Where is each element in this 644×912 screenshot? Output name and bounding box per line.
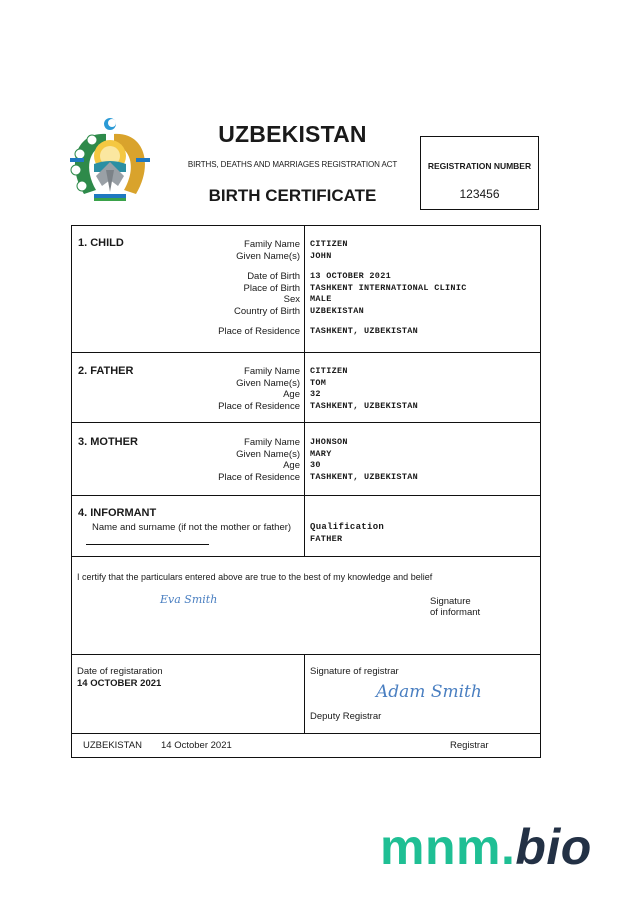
section-title: 3. MOTHER xyxy=(78,436,138,448)
informant-signature: Eva Smith xyxy=(160,593,217,606)
informant-values: Qualification FATHER xyxy=(310,522,384,545)
label-age: Age xyxy=(218,460,300,472)
value-given-names: TOM xyxy=(310,378,418,390)
signature-label-line1: Signature xyxy=(430,596,480,607)
label-place-of-residence: Place of Residence xyxy=(218,401,300,413)
section-title: 1. CHILD xyxy=(78,237,124,249)
brand-watermark: mnm.bio xyxy=(380,818,592,876)
value-place-of-residence: TASHKENT, UZBEKISTAN xyxy=(310,401,418,413)
label-given-names: Given Name(s) xyxy=(218,449,300,461)
footer-role: Registrar xyxy=(450,740,489,751)
value-sex: MALE xyxy=(310,294,467,306)
mother-labels: Family Name Given Name(s) Age Place of R… xyxy=(218,437,300,483)
value-age: 30 xyxy=(310,460,418,472)
divider xyxy=(72,422,540,423)
signature-label-line2: of informant xyxy=(430,607,480,618)
value-place-of-residence: TASHKENT, UZBEKISTAN xyxy=(310,472,418,484)
value-given-names: MARY xyxy=(310,449,418,461)
informant-name-label: Name and surname (if not the mother or f… xyxy=(92,522,291,533)
label-given-names: Given Name(s) xyxy=(218,251,300,263)
value-family-name: JHONSON xyxy=(310,437,418,449)
certificate-table: 1. CHILD Family Name Given Name(s) Date … xyxy=(71,225,541,758)
divider xyxy=(72,654,540,655)
value-given-names: JOHN xyxy=(310,251,467,263)
qualification-value: FATHER xyxy=(310,534,384,546)
child-values: CITIZEN JOHN 13 OCTOBER 2021 TASHKENT IN… xyxy=(310,239,467,338)
value-place-of-birth: TASHKENT INTERNATIONAL CLINIC xyxy=(310,283,467,295)
label-country-of-birth: Country of Birth xyxy=(218,306,300,318)
value-family-name: CITIZEN xyxy=(310,366,418,378)
registration-number-box: REGISTRATION NUMBER 123456 xyxy=(420,136,539,210)
registrar-signature-label: Signature of registrar xyxy=(310,666,399,677)
label-family-name: Family Name xyxy=(218,437,300,449)
mother-values: JHONSON MARY 30 TASHKENT, UZBEKISTAN xyxy=(310,437,418,483)
label-place-of-residence: Place of Residence xyxy=(218,326,300,338)
registration-date-label: Date of registaration xyxy=(77,666,163,677)
father-labels: Family Name Given Name(s) Age Place of R… xyxy=(218,366,300,412)
qualification-label: Qualification xyxy=(310,522,384,534)
column-divider xyxy=(304,226,305,556)
value-family-name: CITIZEN xyxy=(310,239,467,251)
document-title: BIRTH CERTIFICATE xyxy=(160,186,425,206)
divider xyxy=(72,556,540,557)
child-labels: Family Name Given Name(s) Date of Birth … xyxy=(218,239,300,338)
certification-statement: I certify that the particulars entered a… xyxy=(77,572,432,582)
country-heading: UZBEKISTAN xyxy=(160,121,425,148)
informant-name-line xyxy=(86,544,209,545)
value-place-of-residence: TASHKENT, UZBEKISTAN xyxy=(310,326,467,338)
registrar-role: Deputy Registrar xyxy=(310,711,381,722)
father-values: CITIZEN TOM 32 TASHKENT, UZBEKISTAN xyxy=(310,366,418,412)
label-age: Age xyxy=(218,389,300,401)
registration-number-value: 123456 xyxy=(421,187,538,201)
column-divider xyxy=(304,654,305,733)
divider xyxy=(72,352,540,353)
value-age: 32 xyxy=(310,389,418,401)
brand-part2: bio xyxy=(515,819,591,875)
uzbekistan-state-emblem-icon xyxy=(66,114,154,206)
label-given-names: Given Name(s) xyxy=(218,378,300,390)
registrar-signature: Adam Smith xyxy=(376,682,482,702)
label-sex: Sex xyxy=(218,294,300,306)
divider xyxy=(72,495,540,496)
footer-country: UZBEKISTAN xyxy=(83,740,142,751)
label-family-name: Family Name xyxy=(218,239,300,251)
divider xyxy=(72,733,540,734)
registration-number-label: REGISTRATION NUMBER xyxy=(421,161,538,171)
label-date-of-birth: Date of Birth xyxy=(218,271,300,283)
footer-date: 14 October 2021 xyxy=(161,740,232,751)
label-place-of-residence: Place of Residence xyxy=(218,472,300,484)
value-date-of-birth: 13 OCTOBER 2021 xyxy=(310,271,467,283)
informant-signature-label: Signature of informant xyxy=(430,596,480,618)
label-family-name: Family Name xyxy=(218,366,300,378)
label-place-of-birth: Place of Birth xyxy=(218,283,300,295)
section-title: 4. INFORMANT xyxy=(78,507,156,519)
value-country-of-birth: UZBEKISTAN xyxy=(310,306,467,318)
section-title: 2. FATHER xyxy=(78,365,133,377)
brand-part1: mnm. xyxy=(380,819,515,875)
registration-date-value: 14 OCTOBER 2021 xyxy=(77,678,161,689)
registration-act: BIRTHS, DEATHS AND MARRIAGES REGISTRATIO… xyxy=(160,160,425,169)
